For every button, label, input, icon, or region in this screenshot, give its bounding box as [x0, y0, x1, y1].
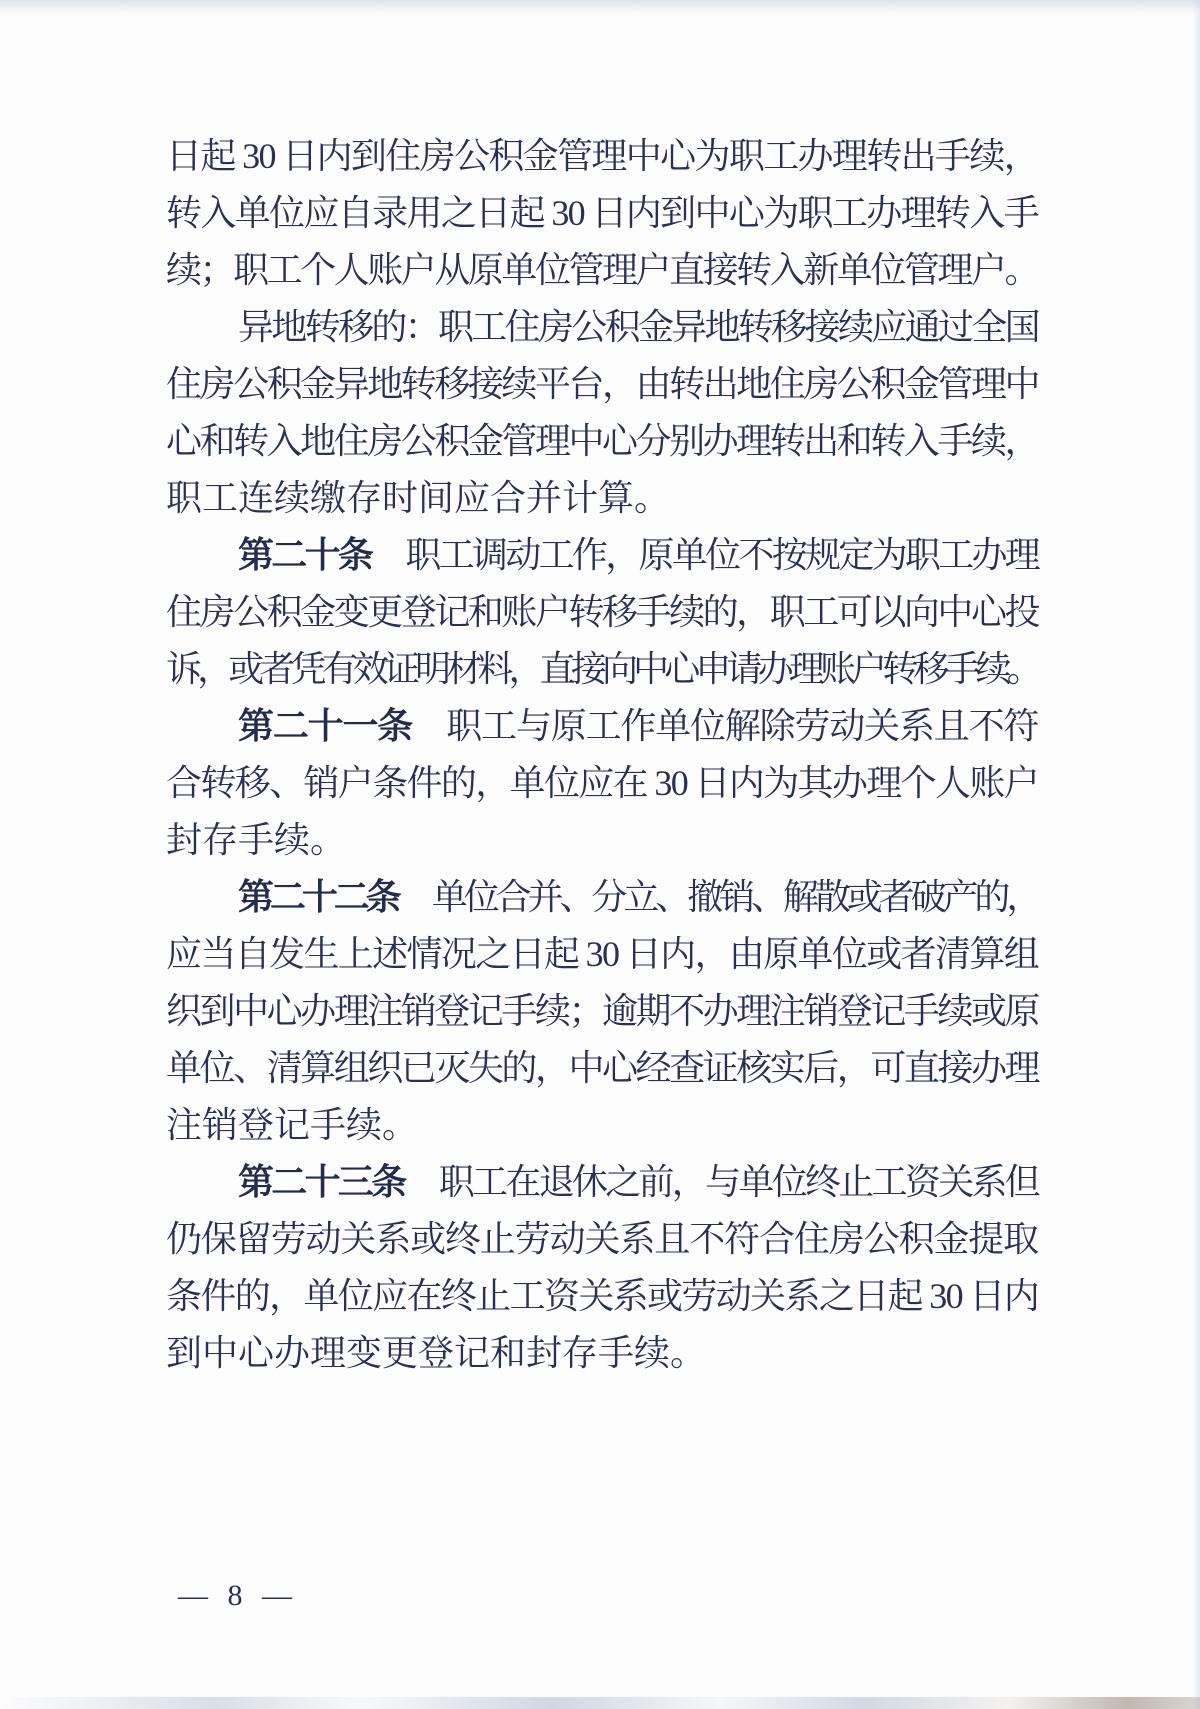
scan-artifact-right — [1192, 0, 1200, 1709]
document-line: 日起 30 日内到住房公积金管理中心为职工办理转出手续， — [166, 128, 1038, 185]
line-text: 职工连续缴存时间应合并计算。 — [166, 478, 670, 518]
document-line: 住房公积金变更登记和账户转移手续的，职工可以向中心投 — [166, 584, 1038, 641]
document-line: 续；职工个人账户从原单位管理户直接转入新单位管理户。 — [166, 242, 1038, 299]
line-text: 单位、清算组织已灭失的，中心经查证核实后，可直接办理 — [166, 1048, 1038, 1088]
line-text: 条件的，单位应在终止工资关系或劳动关系之日起 30 日内 — [166, 1276, 1038, 1316]
line-text: 织到中心办理注销登记手续；逾期不办理注销登记手续或原 — [166, 991, 1038, 1031]
document-line: 住房公积金异地转移接续平台，由转出地住房公积金管理中 — [166, 356, 1038, 413]
document-line: 封存手续。 — [166, 812, 1038, 869]
document-line: 职工连续缴存时间应合并计算。 — [166, 470, 1038, 527]
document-line: 合转移、销户条件的，单位应在 30 日内为其办理个人账户 — [166, 755, 1038, 812]
document-line: 到中心办理变更登记和封存手续。 — [166, 1325, 1038, 1382]
document-line: 第二十条职工调动工作，原单位不按规定为职工办理 — [166, 527, 1038, 584]
line-text: 转入单位应自录用之日起 30 日内到中心为职工办理转入手 — [166, 193, 1038, 233]
page-number: — 8 — — [178, 1576, 298, 1616]
document-line: 注销登记手续。 — [166, 1097, 1038, 1154]
line-text: 仍保留劳动关系或终止劳动关系且不符合住房公积金提取 — [166, 1219, 1038, 1259]
document-line: 异地转移的：职工住房公积金异地转移接续应通过全国 — [166, 299, 1038, 356]
document-line: 条件的，单位应在终止工资关系或劳动关系之日起 30 日内 — [166, 1268, 1038, 1325]
article-number: 第二十三条 — [238, 1162, 405, 1202]
line-text: 注销登记手续。 — [166, 1105, 418, 1145]
scan-artifact-top — [0, 0, 1200, 14]
document-line: 仍保留劳动关系或终止劳动关系且不符合住房公积金提取 — [166, 1211, 1038, 1268]
document-line: 心和转入地住房公积金管理中心分别办理转出和转入手续， — [166, 413, 1038, 470]
document-line: 织到中心办理注销登记手续；逾期不办理注销登记手续或原 — [166, 983, 1038, 1040]
line-text: 到中心办理变更登记和封存手续。 — [166, 1333, 706, 1373]
line-text: 单位合并、分立、撤销、解散或者破产的， — [432, 877, 1038, 917]
document-line: 转入单位应自录用之日起 30 日内到中心为职工办理转入手 — [166, 185, 1038, 242]
text-body: 日起 30 日内到住房公积金管理中心为职工办理转出手续，转入单位应自录用之日起 … — [166, 128, 1038, 1382]
document-line: 第二十三条职工在退休之前，与单位终止工资关系但 — [166, 1154, 1038, 1211]
line-text: 续；职工个人账户从原单位管理户直接转入新单位管理户。 — [166, 250, 1038, 290]
line-text: 住房公积金变更登记和账户转移手续的，职工可以向中心投 — [166, 592, 1038, 632]
document-line: 单位、清算组织已灭失的，中心经查证核实后，可直接办理 — [166, 1040, 1038, 1097]
article-number: 第二十二条 — [238, 877, 398, 917]
line-text: 职工与原工作单位解除劳动关系且不符 — [446, 706, 1038, 746]
document-page: 日起 30 日内到住房公积金管理中心为职工办理转出手续，转入单位应自录用之日起 … — [0, 0, 1200, 1709]
document-line: 第二十一条职工与原工作单位解除劳动关系且不符 — [166, 698, 1038, 755]
line-text: 职工在退休之前，与单位终止工资关系但 — [439, 1162, 1038, 1202]
document-line: 第二十二条单位合并、分立、撤销、解散或者破产的， — [166, 869, 1038, 926]
article-number: 第二十条 — [238, 535, 371, 575]
line-text: 诉，或者凭有效证明材料，直接向中心申请办理账户转移手续。 — [166, 649, 1038, 689]
line-text: 住房公积金异地转移接续平台，由转出地住房公积金管理中 — [166, 364, 1038, 404]
line-text: 心和转入地住房公积金管理中心分别办理转出和转入手续， — [166, 421, 1038, 461]
article-number: 第二十一条 — [238, 706, 412, 746]
line-text: 日起 30 日内到住房公积金管理中心为职工办理转出手续， — [166, 136, 1038, 176]
line-text: 应当自发生上述情况之日起 30 日内，由原单位或者清算组 — [166, 934, 1038, 974]
line-text: 职工调动工作，原单位不按规定为职工办理 — [405, 535, 1038, 575]
line-text: 异地转移的：职工住房公积金异地转移接续应通过全国 — [238, 307, 1038, 347]
scan-artifact-bottom — [0, 1697, 1200, 1709]
line-text: 合转移、销户条件的，单位应在 30 日内为其办理个人账户 — [166, 763, 1038, 803]
document-line: 诉，或者凭有效证明材料，直接向中心申请办理账户转移手续。 — [166, 641, 1038, 698]
line-text: 封存手续。 — [166, 820, 346, 860]
document-line: 应当自发生上述情况之日起 30 日内，由原单位或者清算组 — [166, 926, 1038, 983]
